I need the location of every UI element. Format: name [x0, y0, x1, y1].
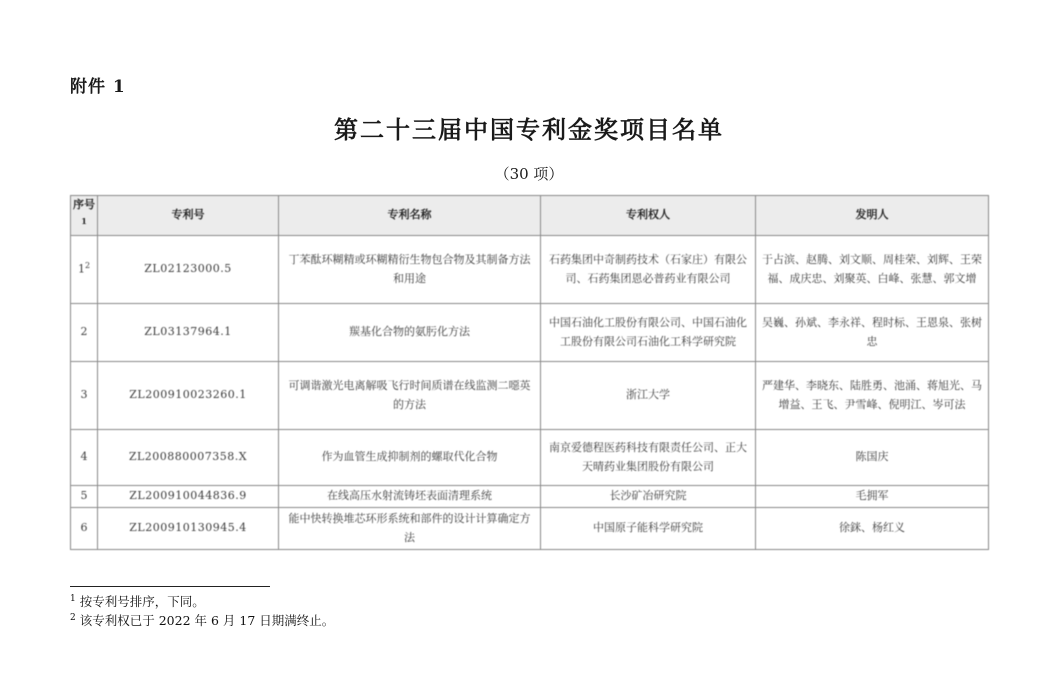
cell-patentee: 中国原子能科学研究院: [541, 508, 756, 550]
cell-index: 12: [71, 236, 98, 304]
table-header-row: 序号1 专利号 专利名称 专利权人 发明人: [71, 196, 989, 236]
cell-patent-no: ZL200910130945.4: [98, 508, 279, 550]
footnote-1: 1按专利号排序，下同。: [70, 592, 205, 610]
table-row: 5 ZL200910044836.9 在线高压水射流铸坯表面清理系统 长沙矿冶研…: [71, 486, 989, 508]
header-patentee: 专利权人: [541, 196, 756, 236]
cell-patent-name: 作为血管生成抑制剂的螺取代化合物: [279, 430, 541, 486]
cell-patent-no: ZL200880007358.X: [98, 430, 279, 486]
cell-index: 2: [71, 304, 98, 362]
cell-patent-no: ZL03137964.1: [98, 304, 279, 362]
table-row: 4 ZL200880007358.X 作为血管生成抑制剂的螺取代化合物 南京爱德…: [71, 430, 989, 486]
cell-index: 5: [71, 486, 98, 508]
cell-patent-name: 在线高压水射流铸坯表面清理系统: [279, 486, 541, 508]
footnote-2: 2该专利权已于 2022 年 6 月 17 日期满终止。: [70, 611, 334, 629]
page-subtitle: （30 项）: [70, 163, 988, 184]
cell-patentee: 长沙矿冶研究院: [541, 486, 756, 508]
patent-award-table: 序号1 专利号 专利名称 专利权人 发明人 12 ZL02123000.5 丁苯…: [70, 195, 989, 550]
cell-patentee: 中国石油化工股份有限公司、中国石油化工股份有限公司石油化工科学研究院: [541, 304, 756, 362]
patent-award-table-wrap: 序号1 专利号 专利名称 专利权人 发明人 12 ZL02123000.5 丁苯…: [70, 195, 988, 550]
cell-patentee: 南京爱德程医药科技有限责任公司、正大天晴药业集团股份有限公司: [541, 430, 756, 486]
cell-patent-no: ZL200910044836.9: [98, 486, 279, 508]
table-row: 2 ZL03137964.1 羰基化合物的氨肟化方法 中国石油化工股份有限公司、…: [71, 304, 989, 362]
cell-inventors: 毛拥军: [756, 486, 989, 508]
footnote-divider: [70, 586, 270, 587]
cell-inventors: 徐銤、杨红义: [756, 508, 989, 550]
cell-patentee: 石药集团中奇制药技术（石家庄）有限公司、石药集团恩必普药业有限公司: [541, 236, 756, 304]
cell-patent-name: 可调谐激光电离解吸飞行时间质谱在线监测二噁英的方法: [279, 362, 541, 430]
cell-inventors: 严建华、李晓东、陆胜勇、池涌、蒋旭光、马增益、王飞、尹雪峰、倪明江、岑可法: [756, 362, 989, 430]
table-row: 12 ZL02123000.5 丁苯酞环糊精或环糊精衍生物包合物及其制备方法和用…: [71, 236, 989, 304]
cell-patentee: 浙江大学: [541, 362, 756, 430]
header-inventors: 发明人: [756, 196, 989, 236]
cell-inventors: 陈国庆: [756, 430, 989, 486]
header-patent-name: 专利名称: [279, 196, 541, 236]
attachment-label: 附件 1: [70, 72, 126, 97]
page-title: 第二十三届中国专利金奖项目名单: [70, 110, 988, 145]
header-index: 序号1: [71, 196, 98, 236]
cell-patent-name: 丁苯酞环糊精或环糊精衍生物包合物及其制备方法和用途: [279, 236, 541, 304]
cell-patent-name: 能中快转换堆芯环形系统和部件的设计计算确定方法: [279, 508, 541, 550]
cell-inventors: 于占滨、赵腾、刘文顺、周桂荣、刘辉、王荣福、成庆忠、刘聚英、白峰、张慧、郭文增: [756, 236, 989, 304]
cell-patent-no: ZL200910023260.1: [98, 362, 279, 430]
cell-index: 6: [71, 508, 98, 550]
cell-patent-name: 羰基化合物的氨肟化方法: [279, 304, 541, 362]
table-row: 6 ZL200910130945.4 能中快转换堆芯环形系统和部件的设计计算确定…: [71, 508, 989, 550]
document-page: { "page": { "attachment_label": "附件 1", …: [0, 0, 1058, 689]
header-patent-no: 专利号: [98, 196, 279, 236]
cell-index: 4: [71, 430, 98, 486]
cell-patent-no: ZL02123000.5: [98, 236, 279, 304]
cell-index: 3: [71, 362, 98, 430]
table-row: 3 ZL200910023260.1 可调谐激光电离解吸飞行时间质谱在线监测二噁…: [71, 362, 989, 430]
cell-inventors: 吴巍、孙斌、李永祥、程时标、王恩泉、张树忠: [756, 304, 989, 362]
